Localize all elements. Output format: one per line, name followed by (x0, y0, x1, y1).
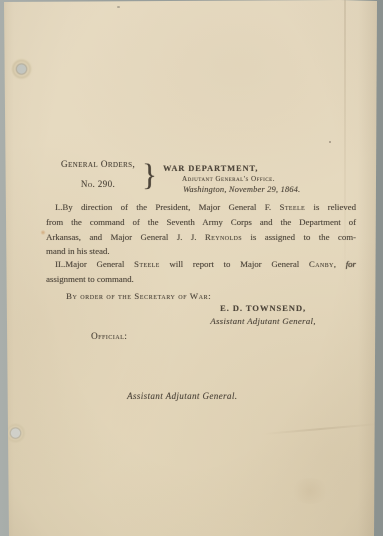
order-number: No. 290. (59, 179, 137, 189)
signature-name: E. D. TOWNSEND, (188, 302, 338, 314)
dust-speck (117, 6, 120, 8)
punch-hole-bottom (5, 423, 26, 444)
paper-page: General Orders, No. 290. } WAR DEPARTMEN… (0, 0, 383, 536)
punch-hole-top (10, 58, 34, 82)
order-number-block: General Orders, No. 290. (59, 160, 137, 189)
dateline: Washington, November 29, 1864. (163, 185, 333, 195)
header-brace: } (142, 156, 157, 193)
attestation-line: Assistant Adjutant General. (127, 391, 237, 401)
department-name: WAR DEPARTMENT, (163, 164, 333, 174)
document-scan: General Orders, No. 290. } WAR DEPARTMEN… (0, 0, 383, 536)
paragraph-1: I..By direction of the President, Major … (46, 200, 356, 259)
official-label: Official: (91, 331, 127, 341)
office-name: Adjutant General's Office. (163, 175, 333, 184)
signature-title: Assistant Adjutant General, (188, 314, 338, 328)
corner-smudge (290, 478, 330, 504)
paragraph-2: II..Major General Steele will report to … (46, 257, 356, 287)
department-block: WAR DEPARTMENT, Adjutant General's Offic… (163, 164, 333, 195)
dust-speck (329, 141, 331, 143)
signature-block: E. D. TOWNSEND, Assistant Adjutant Gener… (188, 302, 338, 328)
order-title: General Orders, (59, 160, 137, 171)
order-authority-line: By order of the Secretary of War: (66, 291, 211, 301)
diagonal-crease (262, 423, 380, 435)
